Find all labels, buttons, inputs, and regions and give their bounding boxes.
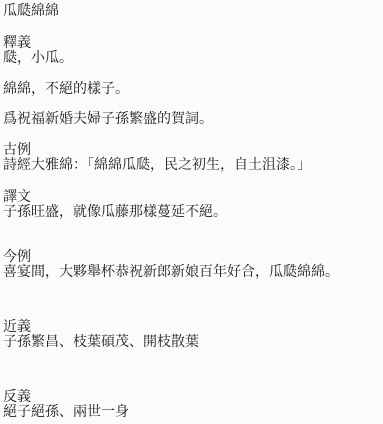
section-body-antonyms: 絕子絕孫、兩世一身 xyxy=(3,405,383,421)
section-body-ancient-example: 詩經大雅綿：「綿綿瓜瓞，民之初生，自土沮漆。」 xyxy=(3,158,383,174)
section-body-definition-3: 爲祝福新婚夫婦子孫繁盛的賀詞。 xyxy=(3,112,383,128)
section-heading-definition: 釋義 xyxy=(3,36,383,52)
section-body-definition-2: 綿綿，不絕的樣子。 xyxy=(3,82,383,98)
section-body-synonyms: 子孫繁昌、枝葉碩茂、開枝散葉 xyxy=(3,335,383,351)
section-body-modern-example: 喜宴間，大夥舉杯恭祝新郎新娘百年好合，瓜瓞綿綿。 xyxy=(3,265,383,281)
section-modern-example: 今例 喜宴間，大夥舉杯恭祝新郎新娘百年好合，瓜瓞綿綿。 xyxy=(3,250,383,281)
section-definition: 釋義 瓞，小瓜。 xyxy=(3,36,383,67)
section-body-translation: 子孫旺盛，就像瓜藤那樣蔓延不絕。 xyxy=(3,205,383,221)
idiom-definition-page: 瓜瓞綿綿 釋義 瓞，小瓜。 綿綿，不絕的樣子。 爲祝福新婚夫婦子孫繁盛的賀詞。 … xyxy=(0,0,383,421)
page-title: 瓜瓞綿綿 xyxy=(3,4,383,20)
section-synonyms: 近義 子孫繁昌、枝葉碩茂、開枝散葉 xyxy=(3,320,383,351)
section-ancient-example: 古例 詩經大雅綿：「綿綿瓜瓞，民之初生，自土沮漆。」 xyxy=(3,143,383,174)
section-heading-modern-example: 今例 xyxy=(3,250,383,266)
section-heading-translation: 譯文 xyxy=(3,190,383,206)
section-translation: 譯文 子孫旺盛，就像瓜藤那樣蔓延不絕。 xyxy=(3,190,383,221)
section-heading-antonyms: 反義 xyxy=(3,390,383,406)
section-body-definition-1: 瓞，小瓜。 xyxy=(3,51,383,67)
section-antonyms: 反義 絕子絕孫、兩世一身 xyxy=(3,390,383,421)
section-heading-synonyms: 近義 xyxy=(3,320,383,336)
section-heading-ancient-example: 古例 xyxy=(3,143,383,159)
